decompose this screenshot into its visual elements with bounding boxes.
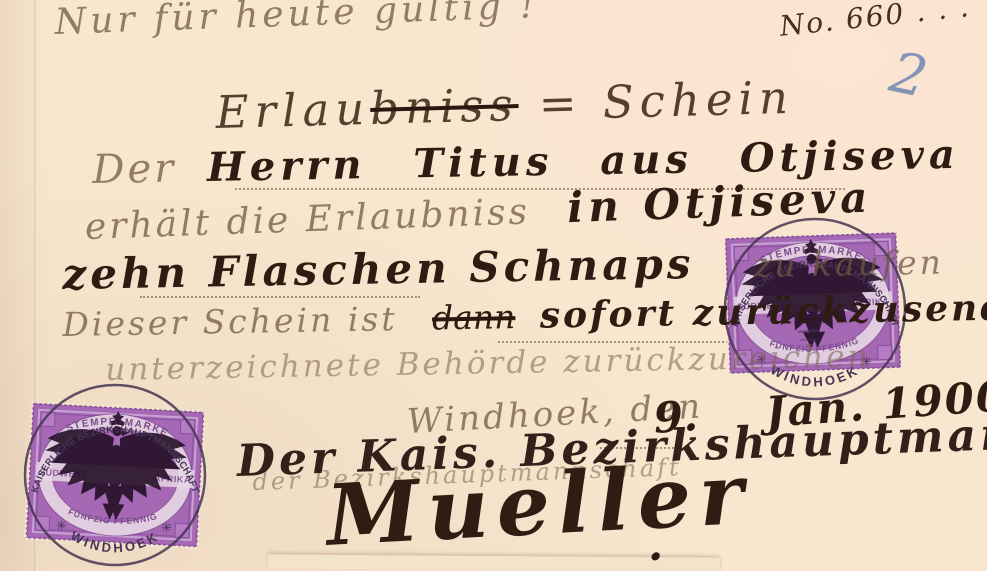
blue-pencil-number: 2 [884, 40, 932, 111]
line3-pale-text: zu kaufen [753, 243, 944, 285]
revenue-stamp-left: KAISERLICHE BEZIRKSHAUPTMANNSCHAFT ✳ WIN… [8, 372, 240, 571]
document-scan: STEMPELMARKE FÜNFZIG PFENNIG SÜDWEST AFR… [0, 0, 987, 571]
line2-pale-text: erhält die Erlaubniss [84, 191, 530, 248]
line1-pale-text: Der [92, 146, 177, 193]
title-part1: Erlau [215, 82, 371, 139]
line4-dark-text: sofort zurückzusenden. [539, 285, 987, 336]
line4-struck-word: dann [432, 297, 516, 337]
line4-pale-text: Dieser Schein ist [62, 299, 398, 344]
signature: Mueller [324, 444, 754, 565]
title: Erlaubniss = Schein [215, 71, 794, 139]
title-part2: = Schein [518, 71, 795, 131]
validity-note: Nur für heute gültig ! [54, 0, 539, 43]
line3-dark-text: zehn Flaschen Schnaps [62, 239, 695, 299]
title-struck-segment: bniss [370, 78, 520, 135]
signature-period: . [648, 520, 663, 571]
doc-number: No. 660 . . . [778, 0, 972, 43]
